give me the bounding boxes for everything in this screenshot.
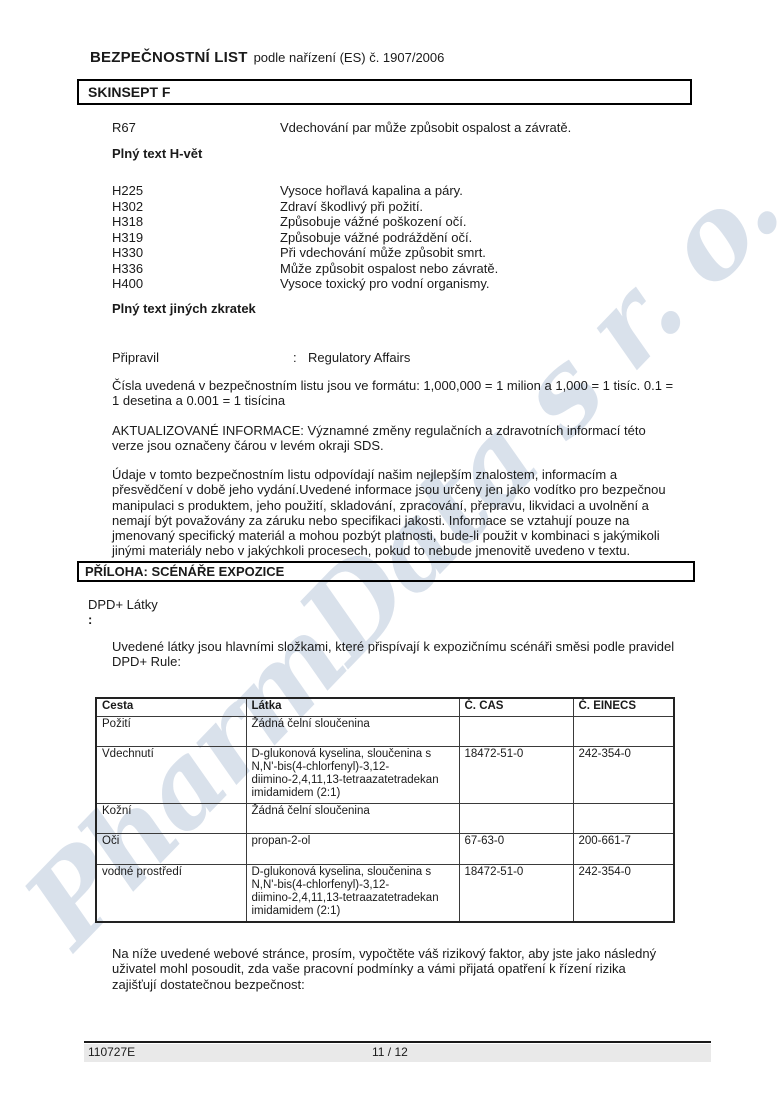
table-cell-einecs bbox=[573, 717, 674, 747]
table-cell-route: Požití bbox=[96, 717, 246, 747]
table-cell-cas bbox=[459, 717, 573, 747]
h-phrase-row: H225Vysoce hořlavá kapalina a páry. bbox=[112, 183, 498, 199]
h-phrase-code: H318 bbox=[112, 214, 280, 230]
r-phrase-row: R67Vdechování par může způsobit ospalost… bbox=[112, 120, 571, 136]
table-cell-einecs: 242-354-0 bbox=[573, 865, 674, 923]
h-phrase-text: Vysoce hořlavá kapalina a páry. bbox=[280, 183, 463, 198]
regulation-subtitle: podle nařízení (ES) č. 1907/2006 bbox=[254, 50, 445, 65]
table-header-row: Cesta Látka Č. CAS Č. EINECS bbox=[96, 698, 674, 717]
h-phrase-code: H319 bbox=[112, 230, 280, 246]
h-phrase-row: H330Při vdechování může způsobit smrt. bbox=[112, 245, 498, 261]
annex-title-box: PŘÍLOHA: SCÉNÁŘE EXPOZICE bbox=[77, 561, 695, 582]
h-phrase-code: H400 bbox=[112, 276, 280, 292]
h-phrase-text: Zdraví škodlivý při požití. bbox=[280, 199, 423, 214]
footer-page-number: 11 / 12 bbox=[372, 1044, 408, 1061]
prepared-by-separator: : bbox=[293, 350, 308, 365]
disclaimer-paragraph: Údaje v tomto bezpečnostním listu odpoví… bbox=[112, 467, 708, 559]
footer: 110727E 11 / 12 bbox=[84, 1044, 711, 1062]
table-cell-substance: Žádná čelní sloučenina bbox=[246, 717, 459, 747]
h-phrase-row: H319Způsobuje vážné podráždění očí. bbox=[112, 230, 498, 246]
table-row: Požití Žádná čelní sloučenina bbox=[96, 717, 674, 747]
document-title: BEZPEČNOSTNÍ LIST bbox=[90, 49, 248, 66]
table-cell-substance: D-glukonová kyselina, sloučenina s N,N'-… bbox=[246, 747, 459, 804]
product-name-box: SKINSEPT F bbox=[77, 79, 692, 105]
closing-paragraph: Na níže uvedené webové stránce, prosím, … bbox=[112, 946, 708, 992]
number-format-paragraph: Čísla uvedená v bezpečnostním listu jsou… bbox=[112, 378, 708, 409]
table-cell-substance: D-glukonová kyselina, sloučenina s N,N'-… bbox=[246, 865, 459, 923]
h-phrase-row: H336Může způsobit ospalost nebo závratě. bbox=[112, 261, 498, 277]
sds-document-page: PharmData s r. o. BEZPEČNOSTNÍ LIST podl… bbox=[0, 0, 777, 1100]
h-phrase-text: Může způsobit ospalost nebo závratě. bbox=[280, 261, 498, 276]
table-cell-route: Oči bbox=[96, 834, 246, 865]
document-content: BEZPEČNOSTNÍ LIST podle nařízení (ES) č.… bbox=[0, 0, 777, 1100]
updated-info-paragraph: AKTUALIZOVANÉ INFORMACE: Významné změny … bbox=[112, 423, 708, 454]
r-phrase-text: Vdechování par může způsobit ospalost a … bbox=[280, 120, 571, 135]
dpd-substances-colon: : bbox=[88, 612, 92, 627]
annex-title: PŘÍLOHA: SCÉNÁŘE EXPOZICE bbox=[85, 564, 284, 579]
table-row: Oči propan-2-ol 67-63-0 200-661-7 bbox=[96, 834, 674, 865]
product-name: SKINSEPT F bbox=[88, 84, 170, 100]
prepared-by-row: Připravil:Regulatory Affairs bbox=[112, 350, 410, 365]
h-phrase-text: Způsobuje vážné podráždění očí. bbox=[280, 230, 472, 245]
table-row: Kožní Žádná čelní sloučenina bbox=[96, 804, 674, 834]
h-phrases-section-title: Plný text H-vět bbox=[112, 146, 202, 161]
table-cell-cas: 18472-51-0 bbox=[459, 747, 573, 804]
dpd-intro-paragraph: Uvedené látky jsou hlavními složkami, kt… bbox=[112, 639, 708, 670]
table-row: Vdechnutí D-glukonová kyselina, sloučeni… bbox=[96, 747, 674, 804]
h-phrase-text: Při vdechování může způsobit smrt. bbox=[280, 245, 486, 260]
footer-doc-number: 110727E bbox=[88, 1044, 135, 1061]
table-cell-einecs: 200-661-7 bbox=[573, 834, 674, 865]
h-phrase-code: H336 bbox=[112, 261, 280, 277]
table-cell-route: Vdechnutí bbox=[96, 747, 246, 804]
h-phrases-list: H225Vysoce hořlavá kapalina a páry. H302… bbox=[112, 183, 498, 292]
h-phrase-row: H400Vysoce toxický pro vodní organismy. bbox=[112, 276, 498, 292]
r-phrase-code: R67 bbox=[112, 120, 280, 136]
dpd-substances-label: DPD+ Látky bbox=[88, 597, 158, 612]
table-cell-cas: 18472-51-0 bbox=[459, 865, 573, 923]
table-cell-cas: 67-63-0 bbox=[459, 834, 573, 865]
table-cell-einecs: 242-354-0 bbox=[573, 747, 674, 804]
exposure-scenario-table: Cesta Látka Č. CAS Č. EINECS Požití Žádn… bbox=[95, 697, 675, 923]
footer-divider bbox=[84, 1041, 711, 1043]
table-cell-route: vodné prostředí bbox=[96, 865, 246, 923]
abbreviations-section-title: Plný text jiných zkratek bbox=[112, 301, 256, 316]
prepared-by-label: Připravil bbox=[112, 350, 293, 365]
table-cell-substance: Žádná čelní sloučenina bbox=[246, 804, 459, 834]
h-phrase-text: Vysoce toxický pro vodní organismy. bbox=[280, 276, 490, 291]
table-cell-substance: propan-2-ol bbox=[246, 834, 459, 865]
h-phrase-row: H302Zdraví škodlivý při požití. bbox=[112, 199, 498, 215]
table-header-substance: Látka bbox=[246, 698, 459, 717]
h-phrase-code: H225 bbox=[112, 183, 280, 199]
table-header-einecs: Č. EINECS bbox=[573, 698, 674, 717]
table-header-route: Cesta bbox=[96, 698, 246, 717]
prepared-by-value: Regulatory Affairs bbox=[308, 350, 410, 365]
table-cell-cas bbox=[459, 804, 573, 834]
table-cell-einecs bbox=[573, 804, 674, 834]
h-phrase-code: H302 bbox=[112, 199, 280, 215]
h-phrase-text: Způsobuje vážné poškození očí. bbox=[280, 214, 466, 229]
table-cell-route: Kožní bbox=[96, 804, 246, 834]
h-phrase-row: H318Způsobuje vážné poškození očí. bbox=[112, 214, 498, 230]
document-header: BEZPEČNOSTNÍ LIST podle nařízení (ES) č.… bbox=[90, 49, 444, 66]
h-phrase-code: H330 bbox=[112, 245, 280, 261]
table-row: vodné prostředí D-glukonová kyselina, sl… bbox=[96, 865, 674, 923]
table-header-cas: Č. CAS bbox=[459, 698, 573, 717]
